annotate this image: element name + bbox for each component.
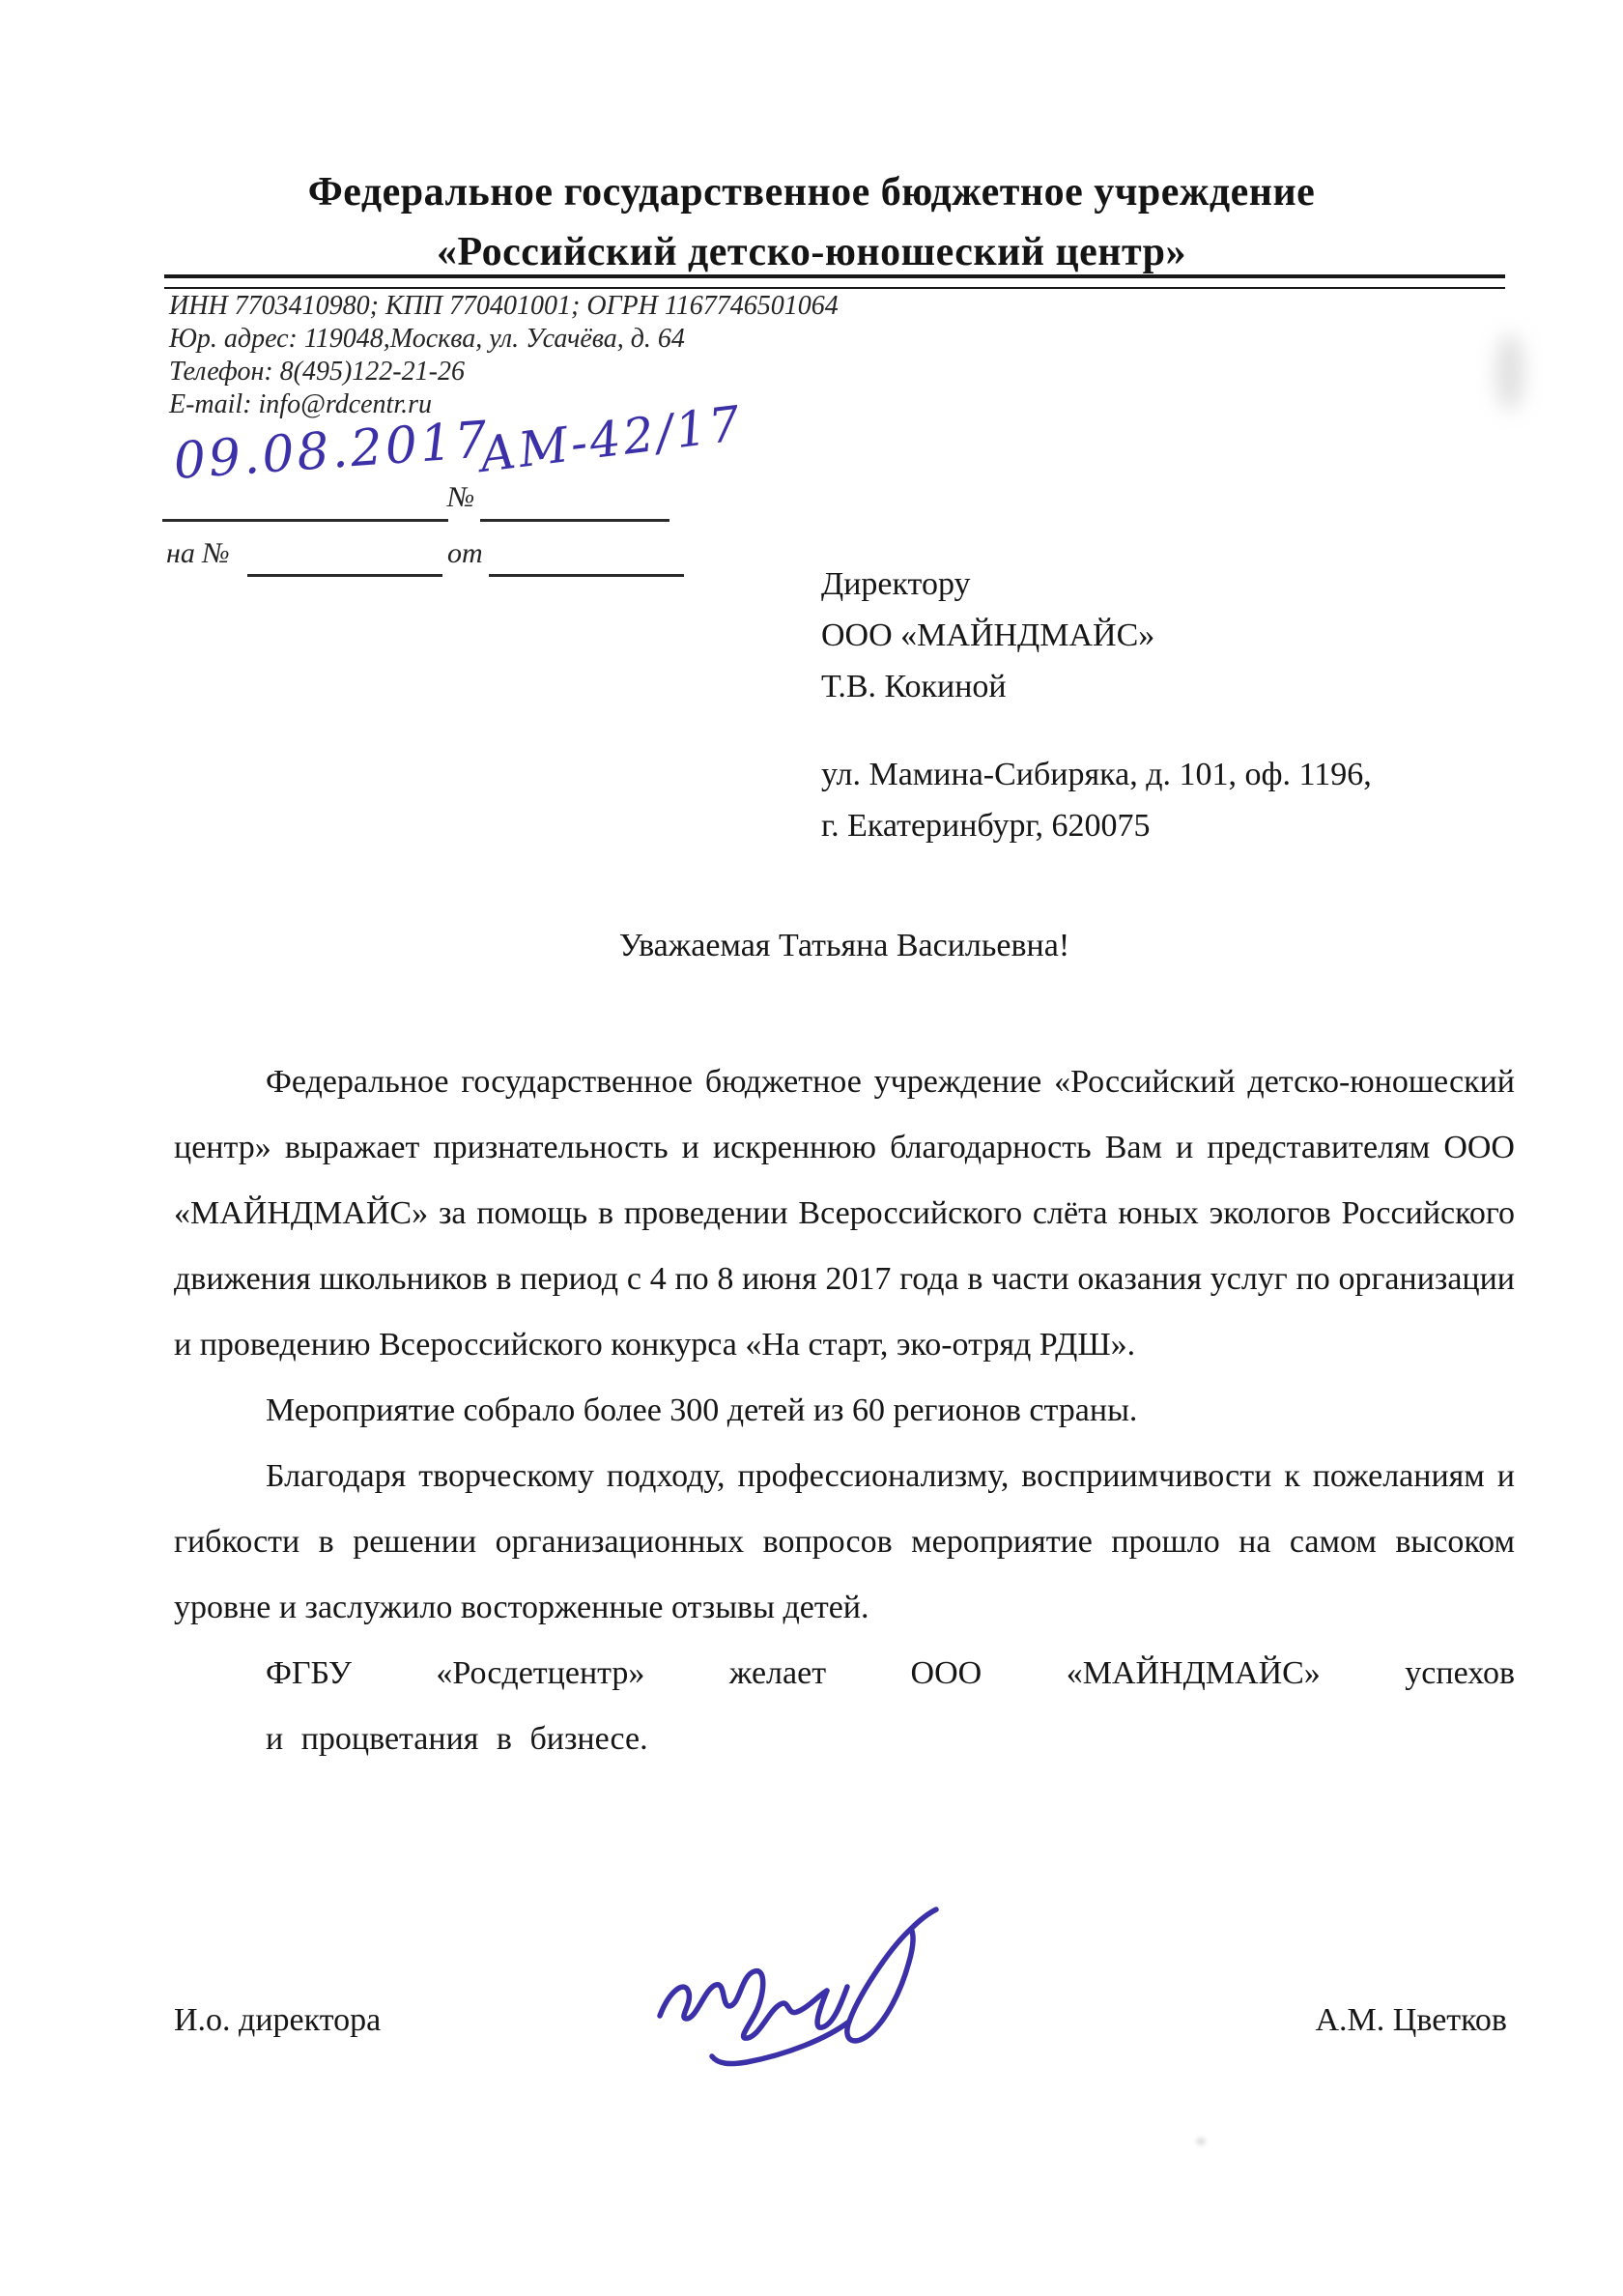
handwritten-date: 09.08.2017 xyxy=(172,411,492,491)
closing-paragraph-line2: и процветания в бизнесе. xyxy=(174,1707,1515,1772)
letterhead-phone: Телефон: 8(495)122-21-26 xyxy=(169,356,839,388)
reply-date-underline xyxy=(489,574,684,577)
closing-paragraph-line1: ФГБУ «Росдетцентр» желает ООО «МАЙНДМАЙС… xyxy=(174,1641,1515,1707)
recipient-person: Т.В. Кокиной xyxy=(821,661,1372,712)
letter-page: Федеральное государственное бюджетное уч… xyxy=(0,0,1623,2296)
date-blank-underline xyxy=(162,519,448,522)
signature-stroke xyxy=(660,1971,827,2039)
organization-title-line2: «Российский детско-юношеский центр» xyxy=(111,222,1512,282)
signature-stroke xyxy=(911,1909,936,1929)
signer-name: А.М. Цветков xyxy=(1316,2002,1508,2039)
organization-title: Федеральное государственное бюджетное уч… xyxy=(111,162,1512,282)
recipient-block: Директору ООО «МАЙНДМАЙС» Т.В. Кокиной у… xyxy=(821,559,1372,851)
recipient-company: ООО «МАЙНДМАЙС» xyxy=(821,610,1372,661)
body-paragraph: Благодаря творческому подходу, профессио… xyxy=(174,1444,1515,1641)
body-paragraph: Федеральное государственное бюджетное уч… xyxy=(174,1049,1515,1378)
number-blank-underline xyxy=(480,519,669,522)
recipient-gap xyxy=(821,712,1372,749)
letter-body: Федеральное государственное бюджетное уч… xyxy=(174,1049,1515,1772)
salutation: Уважаемая Татьяна Васильевна! xyxy=(174,928,1515,964)
reply-number-label: на № xyxy=(166,537,230,570)
scan-artifact xyxy=(1196,2138,1206,2145)
reply-number-underline xyxy=(247,574,442,577)
number-sign-label: № xyxy=(447,481,474,514)
organization-title-line1: Федеральное государственное бюджетное уч… xyxy=(111,162,1512,222)
letterhead-inn-kpp-ogrn: ИНН 7703410980; КПП 770401001; ОГРН 1167… xyxy=(169,290,839,323)
reply-date-label: от xyxy=(447,537,483,570)
recipient-address-street: ул. Мамина-Сибиряка, д. 101, оф. 1196, xyxy=(821,749,1372,800)
signature-stroke xyxy=(847,1929,913,2041)
recipient-address-city: г. Екатеринбург, 620075 xyxy=(821,800,1372,851)
letterhead-address: Юр. адрес: 119048,Москва, ул. Усачёва, д… xyxy=(169,323,839,356)
scan-artifact xyxy=(1495,333,1524,411)
signature-stroke xyxy=(712,2022,849,2064)
signer-position: И.о. директора xyxy=(174,2002,381,2039)
handwritten-signature-icon xyxy=(633,1902,952,2081)
title-divider-rule xyxy=(164,274,1505,289)
body-paragraph: Мероприятие собрало более 300 детей из 6… xyxy=(174,1378,1515,1444)
recipient-position: Директору xyxy=(821,559,1372,610)
